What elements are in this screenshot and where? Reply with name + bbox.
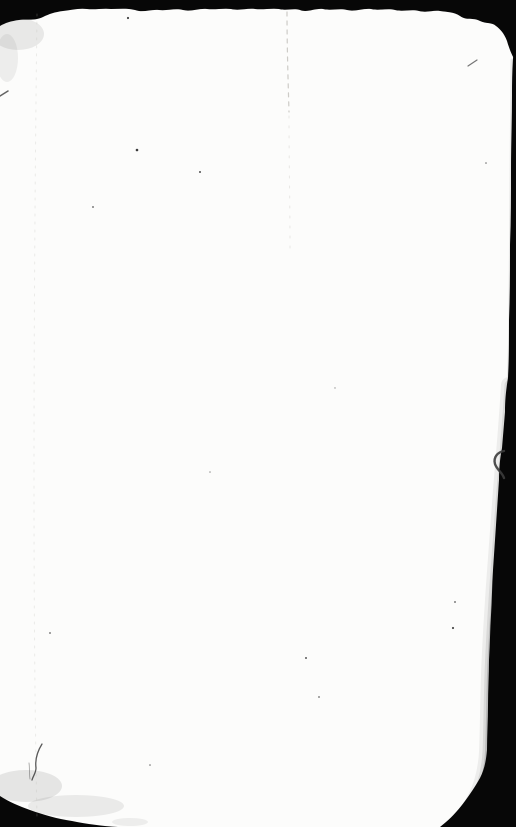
top-edge-band xyxy=(0,0,516,62)
scanned-book-page xyxy=(0,0,516,827)
left-edge-dash-mark xyxy=(0,91,8,96)
ink-speck xyxy=(136,149,139,152)
ink-speck xyxy=(334,387,335,388)
ink-speck xyxy=(318,696,320,698)
crease-lines xyxy=(34,12,290,818)
black-scan-edges xyxy=(0,0,516,827)
ink-speck xyxy=(209,471,211,473)
ink-speck xyxy=(127,17,129,19)
right-edge-band xyxy=(440,30,516,827)
bottom-left-mottle xyxy=(28,795,124,817)
ink-speck xyxy=(49,632,51,634)
ink-specks xyxy=(49,17,487,766)
ink-speck xyxy=(305,657,307,659)
ink-speck xyxy=(454,601,456,603)
center-crease-line xyxy=(287,12,289,112)
ink-speck xyxy=(485,162,487,164)
bottom-smudge xyxy=(112,818,148,826)
ink-speck xyxy=(452,627,454,629)
ink-speck xyxy=(149,764,151,766)
scratch-marks xyxy=(0,60,504,780)
paper-mottling xyxy=(0,18,148,826)
ink-speck xyxy=(199,171,201,173)
ink-speck xyxy=(92,206,94,208)
left-crease-line xyxy=(34,14,37,818)
center-crease-line-faint xyxy=(289,116,290,250)
diagonal-scratch-mark xyxy=(468,60,477,66)
scan-artifacts-layer xyxy=(0,0,516,827)
